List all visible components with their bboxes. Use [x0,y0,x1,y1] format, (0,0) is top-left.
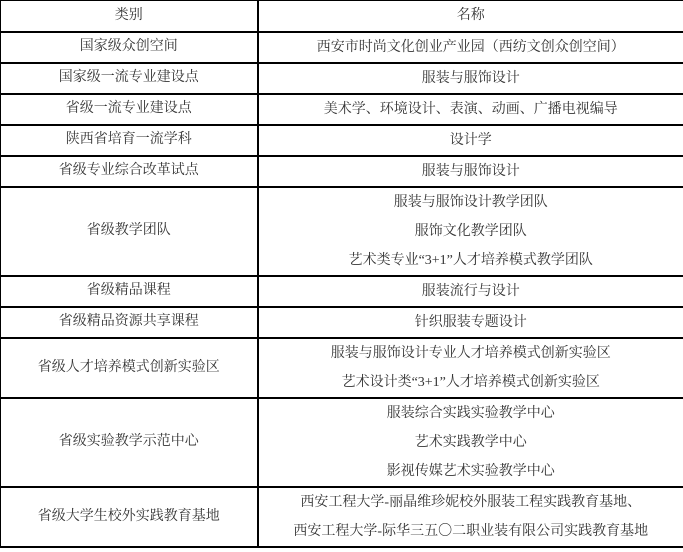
name-line: 服装与服饰设计 [263,157,680,186]
awards-table: 类别 名称 国家级众创空间西安市时尚文化创业产业园（西纺文创众创空间）国家级一流… [0,0,683,548]
name-line: 服装与服饰设计教学团队 [263,188,680,217]
category-cell: 陕西省培育一流学科 [1,125,258,156]
name-line: 美术学、环境设计、表演、动画、广播电视编导 [263,95,680,124]
name-line: 设计学 [263,126,680,155]
name-cell: 服装与服饰设计教学团队服饰文化教学团队艺术类专业“3+1”人才培养模式教学团队 [258,187,683,276]
name-line: 服装与服饰设计 [263,64,680,93]
name-cell: 设计学 [258,125,683,156]
name-cell: 针织服装专题设计 [258,307,683,338]
category-cell: 国家级众创空间 [1,32,258,63]
name-line: 针织服装专题设计 [263,308,680,337]
name-line: 影视传媒艺术实验教学中心 [263,457,680,486]
header-row: 类别 名称 [1,1,683,32]
name-line: 艺术实践教学中心 [263,428,680,457]
category-cell: 国家级一流专业建设点 [1,63,258,94]
category-cell: 省级大学生校外实践教育基地 [1,487,258,547]
document-page: 类别 名称 国家级众创空间西安市时尚文化创业产业园（西纺文创众创空间）国家级一流… [0,0,683,552]
table-row: 省级精品课程服装流行与设计 [1,276,683,307]
category-cell: 省级精品资源共享课程 [1,307,258,338]
category-cell: 省级专业综合改革试点 [1,156,258,187]
name-cell: 服装综合实践实验教学中心艺术实践教学中心影视传媒艺术实验教学中心 [258,398,683,487]
name-cell: 西安工程大学-丽晶维珍妮校外服装工程实践教育基地、西安工程大学-际华三五〇二职业… [258,487,683,547]
table-row: 省级精品资源共享课程针织服装专题设计 [1,307,683,338]
name-cell: 服装与服饰设计 [258,63,683,94]
name-cell: 服装与服饰设计 [258,156,683,187]
name-cell: 服装与服饰设计专业人才培养模式创新实验区艺术设计类“3+1”人才培养模式创新实验… [258,338,683,398]
category-cell: 省级实验教学示范中心 [1,398,258,487]
name-line: 艺术类专业“3+1”人才培养模式教学团队 [263,246,680,275]
table-row: 陕西省培育一流学科设计学 [1,125,683,156]
category-cell: 省级教学团队 [1,187,258,276]
table-header: 类别 名称 [1,1,683,32]
column-header-category: 类别 [1,1,258,32]
table-row: 省级大学生校外实践教育基地西安工程大学-丽晶维珍妮校外服装工程实践教育基地、西安… [1,487,683,547]
name-cell: 美术学、环境设计、表演、动画、广播电视编导 [258,94,683,125]
table-row: 省级人才培养模式创新实验区服装与服饰设计专业人才培养模式创新实验区艺术设计类“3… [1,338,683,398]
column-header-name: 名称 [258,1,683,32]
table-row: 国家级一流专业建设点服装与服饰设计 [1,63,683,94]
table-row: 国家级众创空间西安市时尚文化创业产业园（西纺文创众创空间） [1,32,683,63]
name-line: 服装流行与设计 [263,277,680,306]
name-cell: 服装流行与设计 [258,276,683,307]
table-body: 国家级众创空间西安市时尚文化创业产业园（西纺文创众创空间）国家级一流专业建设点服… [1,32,683,547]
name-line: 服装综合实践实验教学中心 [263,399,680,428]
category-cell: 省级精品课程 [1,276,258,307]
name-line: 西安市时尚文化创业产业园（西纺文创众创空间） [263,33,680,62]
table-row: 省级教学团队服装与服饰设计教学团队服饰文化教学团队艺术类专业“3+1”人才培养模… [1,187,683,276]
name-line: 服装与服饰设计专业人才培养模式创新实验区 [263,339,680,368]
name-line: 服饰文化教学团队 [263,217,680,246]
category-cell: 省级人才培养模式创新实验区 [1,338,258,398]
category-cell: 省级一流专业建设点 [1,94,258,125]
name-line: 西安工程大学-丽晶维珍妮校外服装工程实践教育基地、 [263,488,680,517]
name-line: 西安工程大学-际华三五〇二职业装有限公司实践教育基地 [263,517,680,546]
table-row: 省级一流专业建设点美术学、环境设计、表演、动画、广播电视编导 [1,94,683,125]
name-cell: 西安市时尚文化创业产业园（西纺文创众创空间） [258,32,683,63]
name-line: 艺术设计类“3+1”人才培养模式创新实验区 [263,368,680,397]
table-row: 省级实验教学示范中心服装综合实践实验教学中心艺术实践教学中心影视传媒艺术实验教学… [1,398,683,487]
table-row: 省级专业综合改革试点服装与服饰设计 [1,156,683,187]
